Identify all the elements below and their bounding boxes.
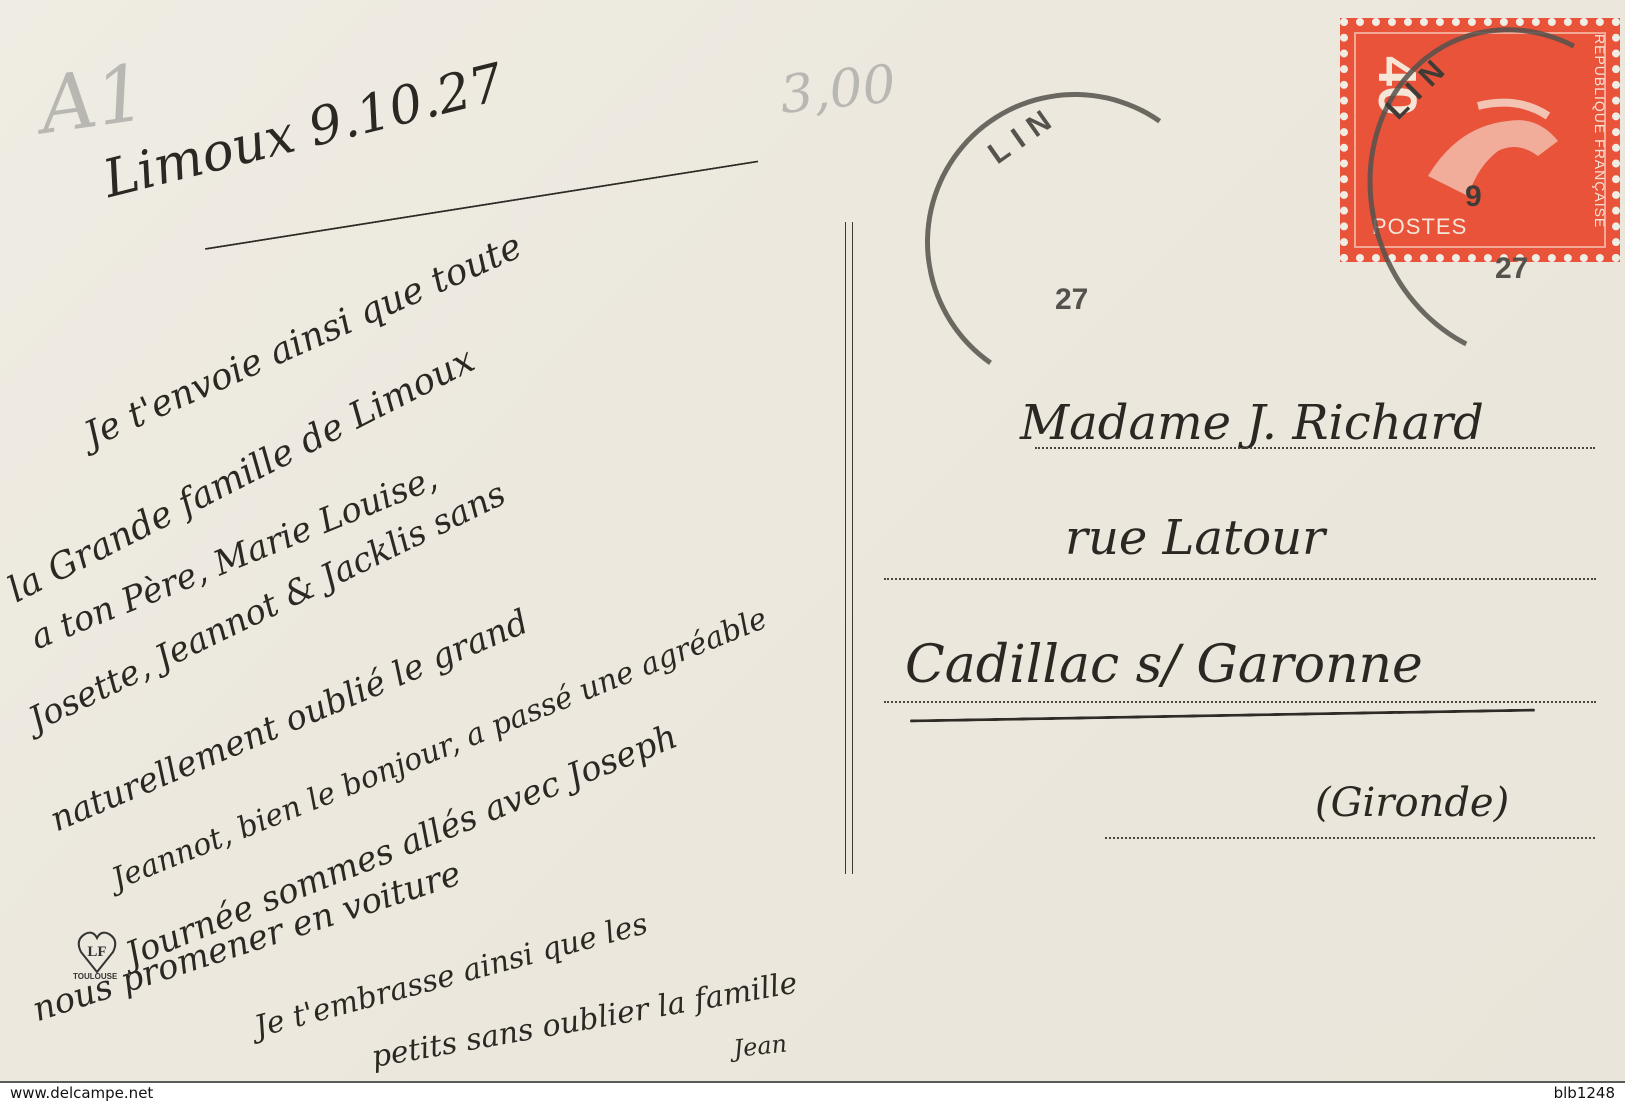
svg-text:LF: LF [87,944,106,960]
postmark-left [901,68,1249,416]
address-dotted-line-2 [884,578,1596,580]
town-underline [910,709,1535,723]
place-date: Limoux 9.10.27 [97,53,509,210]
address-line-4: (Gironde) [1315,780,1509,826]
signature: Jean [732,1030,788,1063]
watermark-seller-id: blb1248 [1554,1084,1615,1102]
center-divider [845,222,853,874]
date-underline [205,160,758,250]
publisher-logo-subtext: TOULOUSE [73,972,117,981]
postmark-left-date: 27 [1055,283,1088,317]
address-line-1: Madame J. Richard [1020,395,1484,451]
postcard-back: A1 3,00 Limoux 9.10.27 Je t'envoie ainsi… [0,0,1625,1083]
watermark-delcampe: www.delcampe.net [10,1084,153,1102]
postmark-right-day: 9 [1465,180,1482,214]
postmark-right-date: 27 [1495,252,1528,286]
publisher-heart-logo-icon: LF [77,928,117,976]
address-dotted-line-3 [884,701,1596,703]
address-line-2: rue Latour [1065,510,1325,566]
pencil-note-lot: A1 [34,48,151,152]
pencil-note-price: 3,00 [777,54,898,126]
address-line-3: Cadillac s/ Garonne [905,635,1423,695]
address-dotted-line-4 [1105,837,1595,839]
address-dotted-line-1 [1035,447,1595,449]
